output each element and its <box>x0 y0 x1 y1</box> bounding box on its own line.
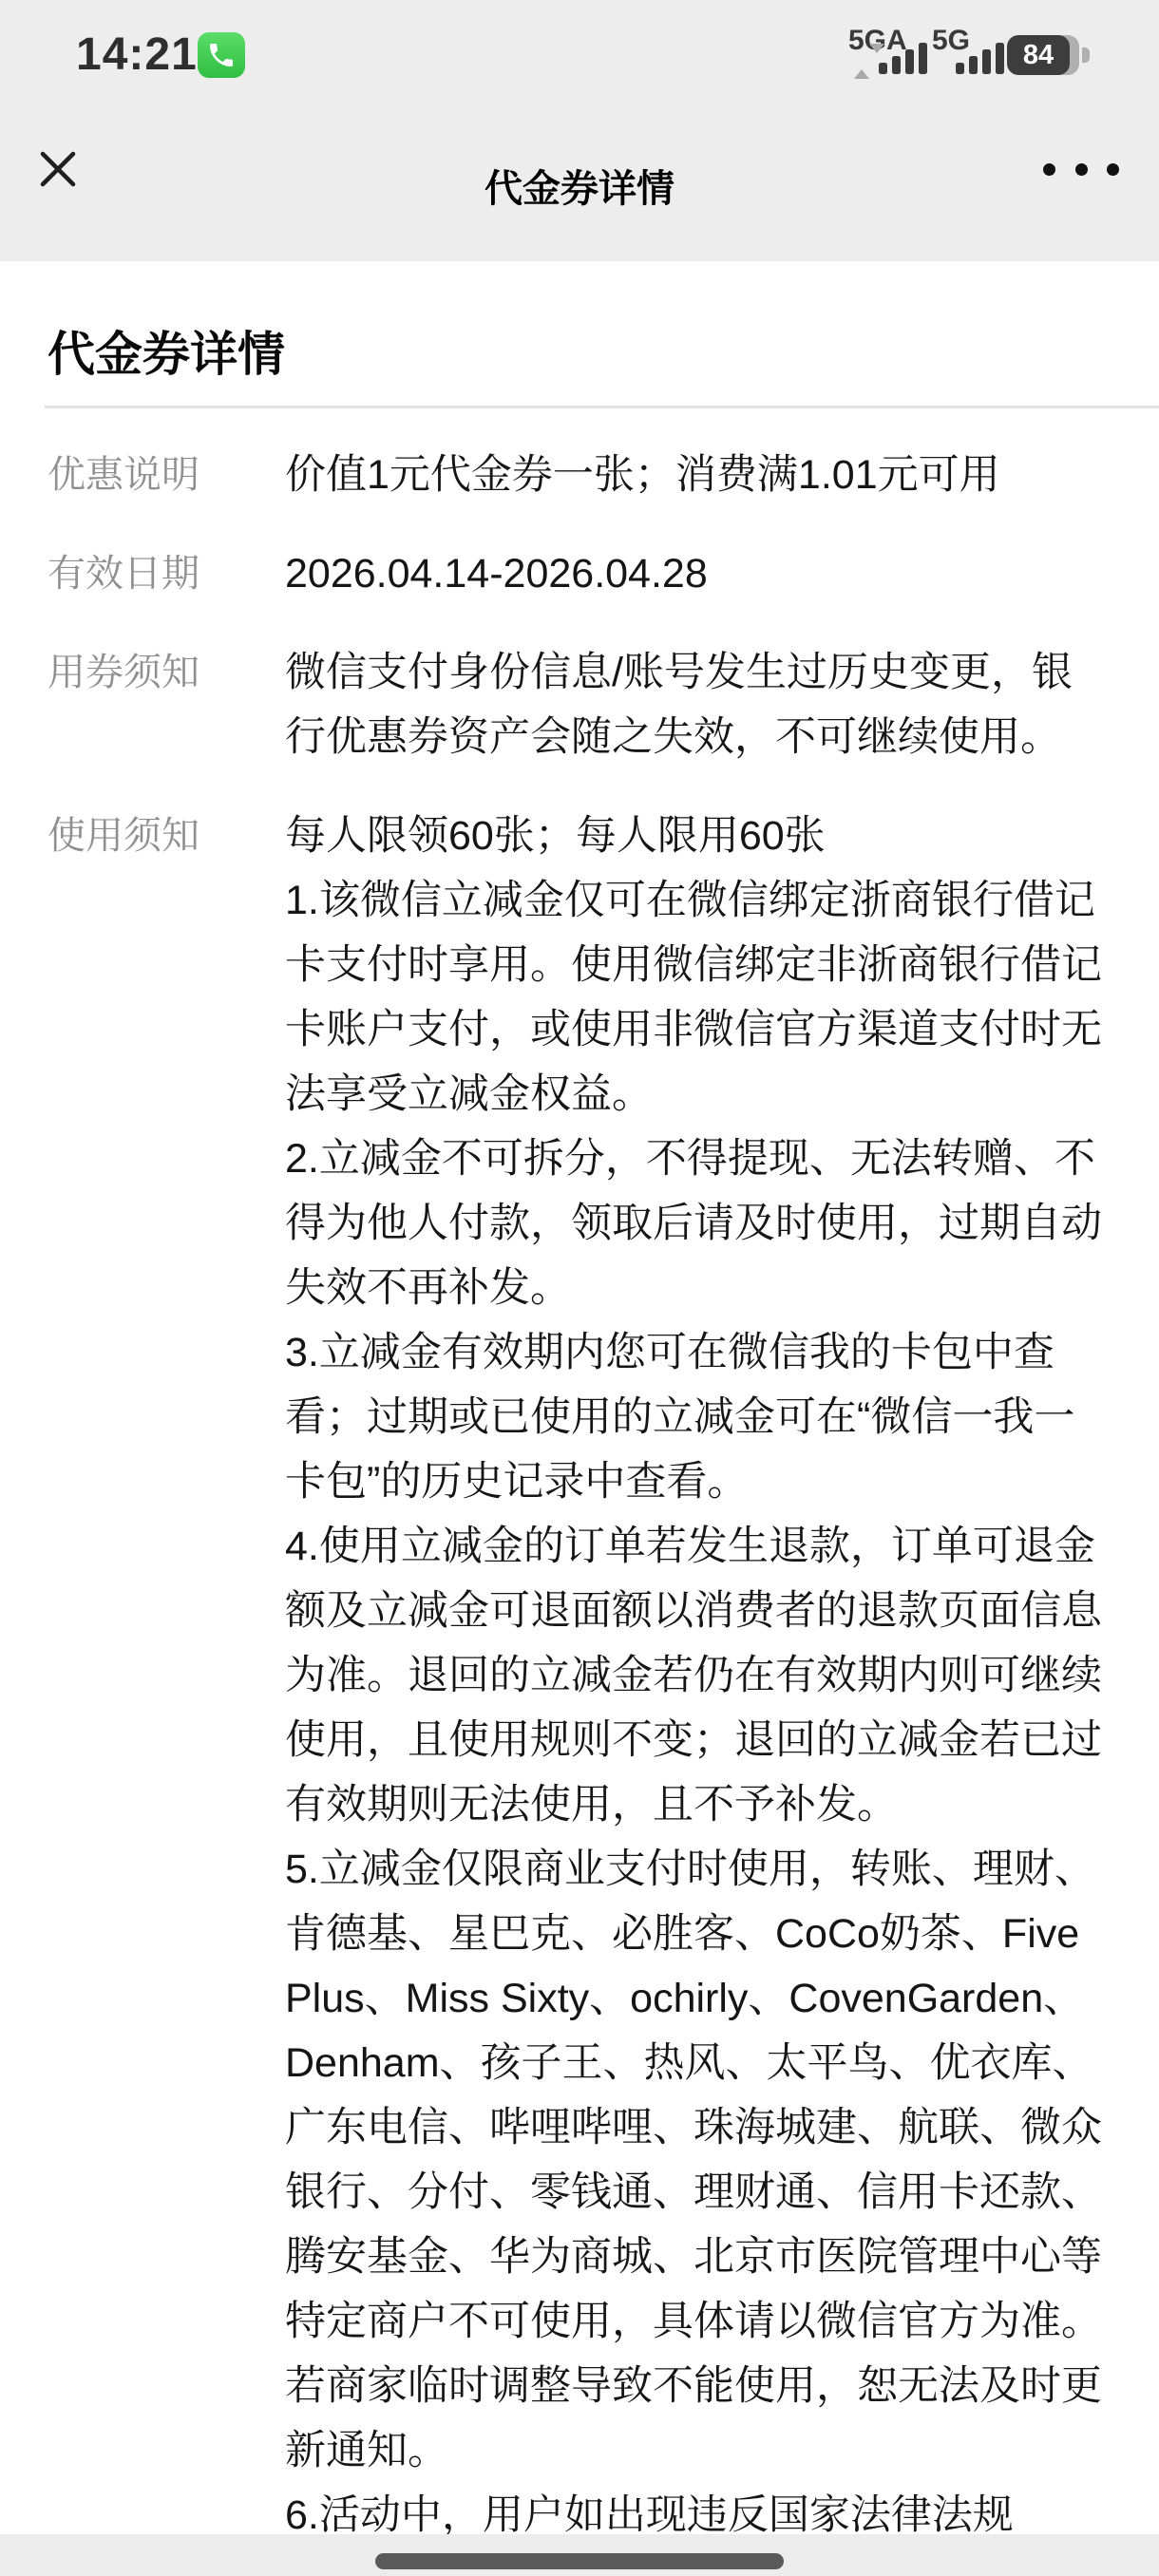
detail-rows: 优惠说明 价值1元代金券一张；消费满1.01元可用 有效日期 2026.04.1… <box>0 408 1159 2548</box>
row-label: 使用须知 <box>47 804 285 868</box>
page-title: 代金券详情 <box>47 322 1159 387</box>
dot <box>1107 163 1119 176</box>
phone-handset-icon <box>206 40 237 70</box>
bottom-bar <box>0 2534 1159 2576</box>
top-gray-area: 14:21 5GA 5G 84 <box>0 0 1159 261</box>
battery-cap <box>1082 47 1090 63</box>
row-value: 价值1元代金券一张；消费满1.01元可用 <box>285 443 1136 507</box>
battery-icon: 84 <box>1007 35 1079 75</box>
dot <box>1075 163 1088 176</box>
row-value: 微信支付身份信息/账号发生过历史变更，银 行优惠券资产会随之失效，不可继续使用。 <box>285 640 1136 769</box>
row-label: 有效日期 <box>47 541 285 606</box>
home-indicator[interactable] <box>375 2553 784 2569</box>
more-ellipsis-icon[interactable] <box>1043 147 1119 191</box>
row-coupon-notice: 用券须知 微信支付身份信息/账号发生过历史变更，银 行优惠券资产会随之失效，不可… <box>47 640 1136 769</box>
row-value: 每人限领60张；每人限用60张 1.该微信立减金仅可在微信绑定浙商银行借记 卡支… <box>285 804 1136 2548</box>
row-discount-description: 优惠说明 价值1元代金券一张；消费满1.01元可用 <box>47 443 1136 507</box>
row-label: 优惠说明 <box>47 443 285 507</box>
status-bar: 14:21 5GA 5G 84 <box>0 0 1159 109</box>
nav-title: 代金券详情 <box>0 109 1159 261</box>
data-up-down-arrows-icon <box>854 53 869 76</box>
row-valid-date: 有效日期 2026.04.14-2026.04.28 <box>47 541 1136 606</box>
row-label: 用券须知 <box>47 640 285 705</box>
row-value: 2026.04.14-2026.04.28 <box>285 541 1136 606</box>
clock: 14:21 <box>76 28 198 81</box>
battery-percent: 84 <box>1023 40 1054 71</box>
active-call-icon[interactable] <box>198 32 245 78</box>
battery-fill: 84 <box>1007 35 1070 75</box>
up-arrow-icon <box>854 53 869 79</box>
signal-bars-sim2-icon <box>956 43 1004 74</box>
dot <box>1043 163 1055 176</box>
voucher-detail-content: 代金券详情 优惠说明 价值1元代金券一张；消费满1.01元可用 有效日期 202… <box>0 261 1159 2576</box>
signal-bars-sim1-icon <box>879 43 927 74</box>
row-usage-notice: 使用须知 每人限领60张；每人限用60张 1.该微信立减金仅可在微信绑定浙商银行… <box>47 804 1136 2548</box>
wechat-voucher-detail-screen: 14:21 5GA 5G 84 <box>0 0 1159 2576</box>
nav-bar: 代金券详情 <box>0 109 1159 261</box>
